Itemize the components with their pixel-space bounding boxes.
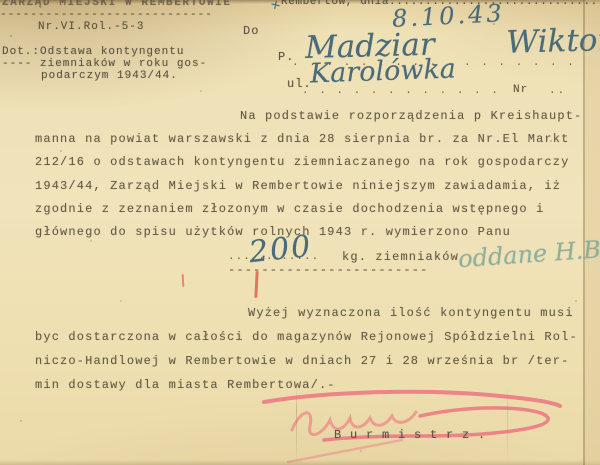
nr-label: Nr xyxy=(513,84,528,96)
body-line: niczo-Handlowej w Rembertowie w dniach 2… xyxy=(35,354,569,368)
body-line: manna na powiat warszawski z dnia 28 sie… xyxy=(35,132,569,146)
body-line: Wyżej wyznaczona ilość kontyngentu musi xyxy=(248,306,574,320)
body-line: byc dostarczona w całości do magazynów R… xyxy=(35,330,578,344)
quantity-unit: kg. ziemniaków xyxy=(342,250,459,264)
delivered-note-handwritten: oddane H.B. xyxy=(457,235,600,273)
street-handwritten: Karolówka xyxy=(310,53,457,89)
to-label: Do xyxy=(243,24,259,38)
mayor-signature-scribble xyxy=(252,386,582,464)
paper-edge-line-right xyxy=(583,0,585,465)
body-line: 212/16 o odstawach kontyngentu ziemniacz… xyxy=(35,155,569,169)
regarding-line-2: ---- ziemniaków w roku gos- xyxy=(2,58,207,70)
paper-edge-strip-right xyxy=(585,0,600,465)
red-pencil-tick xyxy=(254,271,258,298)
red-pencil-tick xyxy=(182,274,185,287)
regarding-line-3: podarczym 1943/44. xyxy=(41,70,178,82)
signature-title: B u r m i s t r z . xyxy=(334,428,486,442)
body-line: zgodnie z zeznaniem złozonym w czasie do… xyxy=(35,202,544,216)
nr-leader: .. xyxy=(549,85,566,97)
reference-number: Nr.VI.Rol.-5-3 xyxy=(38,21,144,33)
regarding-line-1: Dot.:Odstawa kontyngentu xyxy=(2,46,184,58)
document-page: ZARZĄD MIEJSKI W REMBERTOWIE -----------… xyxy=(0,0,600,465)
letterhead-office: ZARZĄD MIEJSKI W REMBERTOWIE xyxy=(2,0,232,9)
paper-specks xyxy=(10,35,12,37)
letterhead-divider: ---------------------------- xyxy=(0,9,213,21)
quantity-handwritten: 200 xyxy=(247,229,314,270)
cross-mark: + xyxy=(269,0,283,14)
body-line: Na podstawie rozporządzenia p Kreishaupt… xyxy=(240,109,582,123)
body-line: 1943/44, Zarząd Miejski w Rembertowie ni… xyxy=(35,179,561,193)
